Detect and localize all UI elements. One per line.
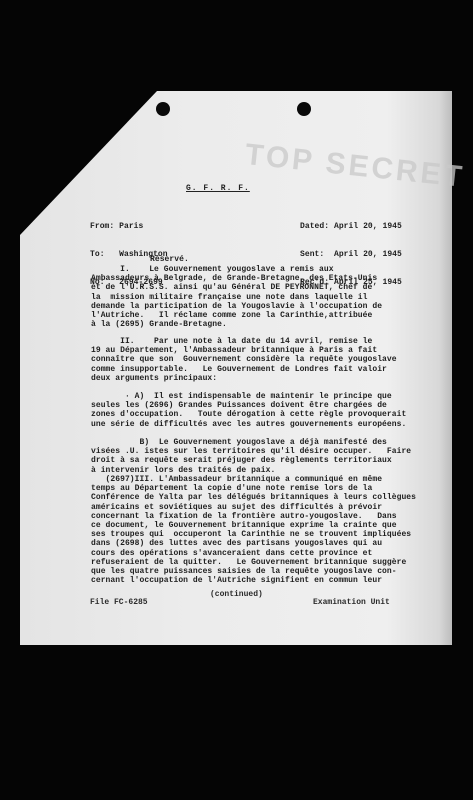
from-label: From: bbox=[90, 222, 114, 231]
dated-value: April 20, 1945 bbox=[334, 222, 402, 231]
paragraph-2b: B) Le Gouvernement yougoslave a déjà man… bbox=[91, 438, 411, 475]
examination-unit: Examination Unit bbox=[313, 598, 390, 607]
document-heading: G. F. R. F. bbox=[186, 184, 250, 193]
paragraph-3: (2697)III. L'Ambassadeur britannique a c… bbox=[91, 475, 416, 585]
punch-hole bbox=[297, 102, 311, 116]
paragraph-2a: · A) Il est indispensable de maintenir l… bbox=[91, 392, 406, 429]
paragraph-1: I. Le Gouvernement yougoslave a remis au… bbox=[91, 265, 382, 329]
classification-label: Réservé. bbox=[150, 255, 189, 264]
paragraph-2: II. Par une note à la date du 14 avril, … bbox=[91, 337, 397, 383]
sent-label: Sent: bbox=[300, 250, 324, 259]
to-label: To: bbox=[90, 250, 105, 259]
from-value: Paris bbox=[119, 222, 143, 231]
dated-label: Dated: bbox=[300, 222, 329, 231]
continued-note: (continued) bbox=[210, 590, 263, 599]
punch-hole bbox=[156, 102, 170, 116]
sent-value: April 20, 1945 bbox=[334, 250, 402, 259]
file-number: File FC-6285 bbox=[90, 598, 148, 607]
